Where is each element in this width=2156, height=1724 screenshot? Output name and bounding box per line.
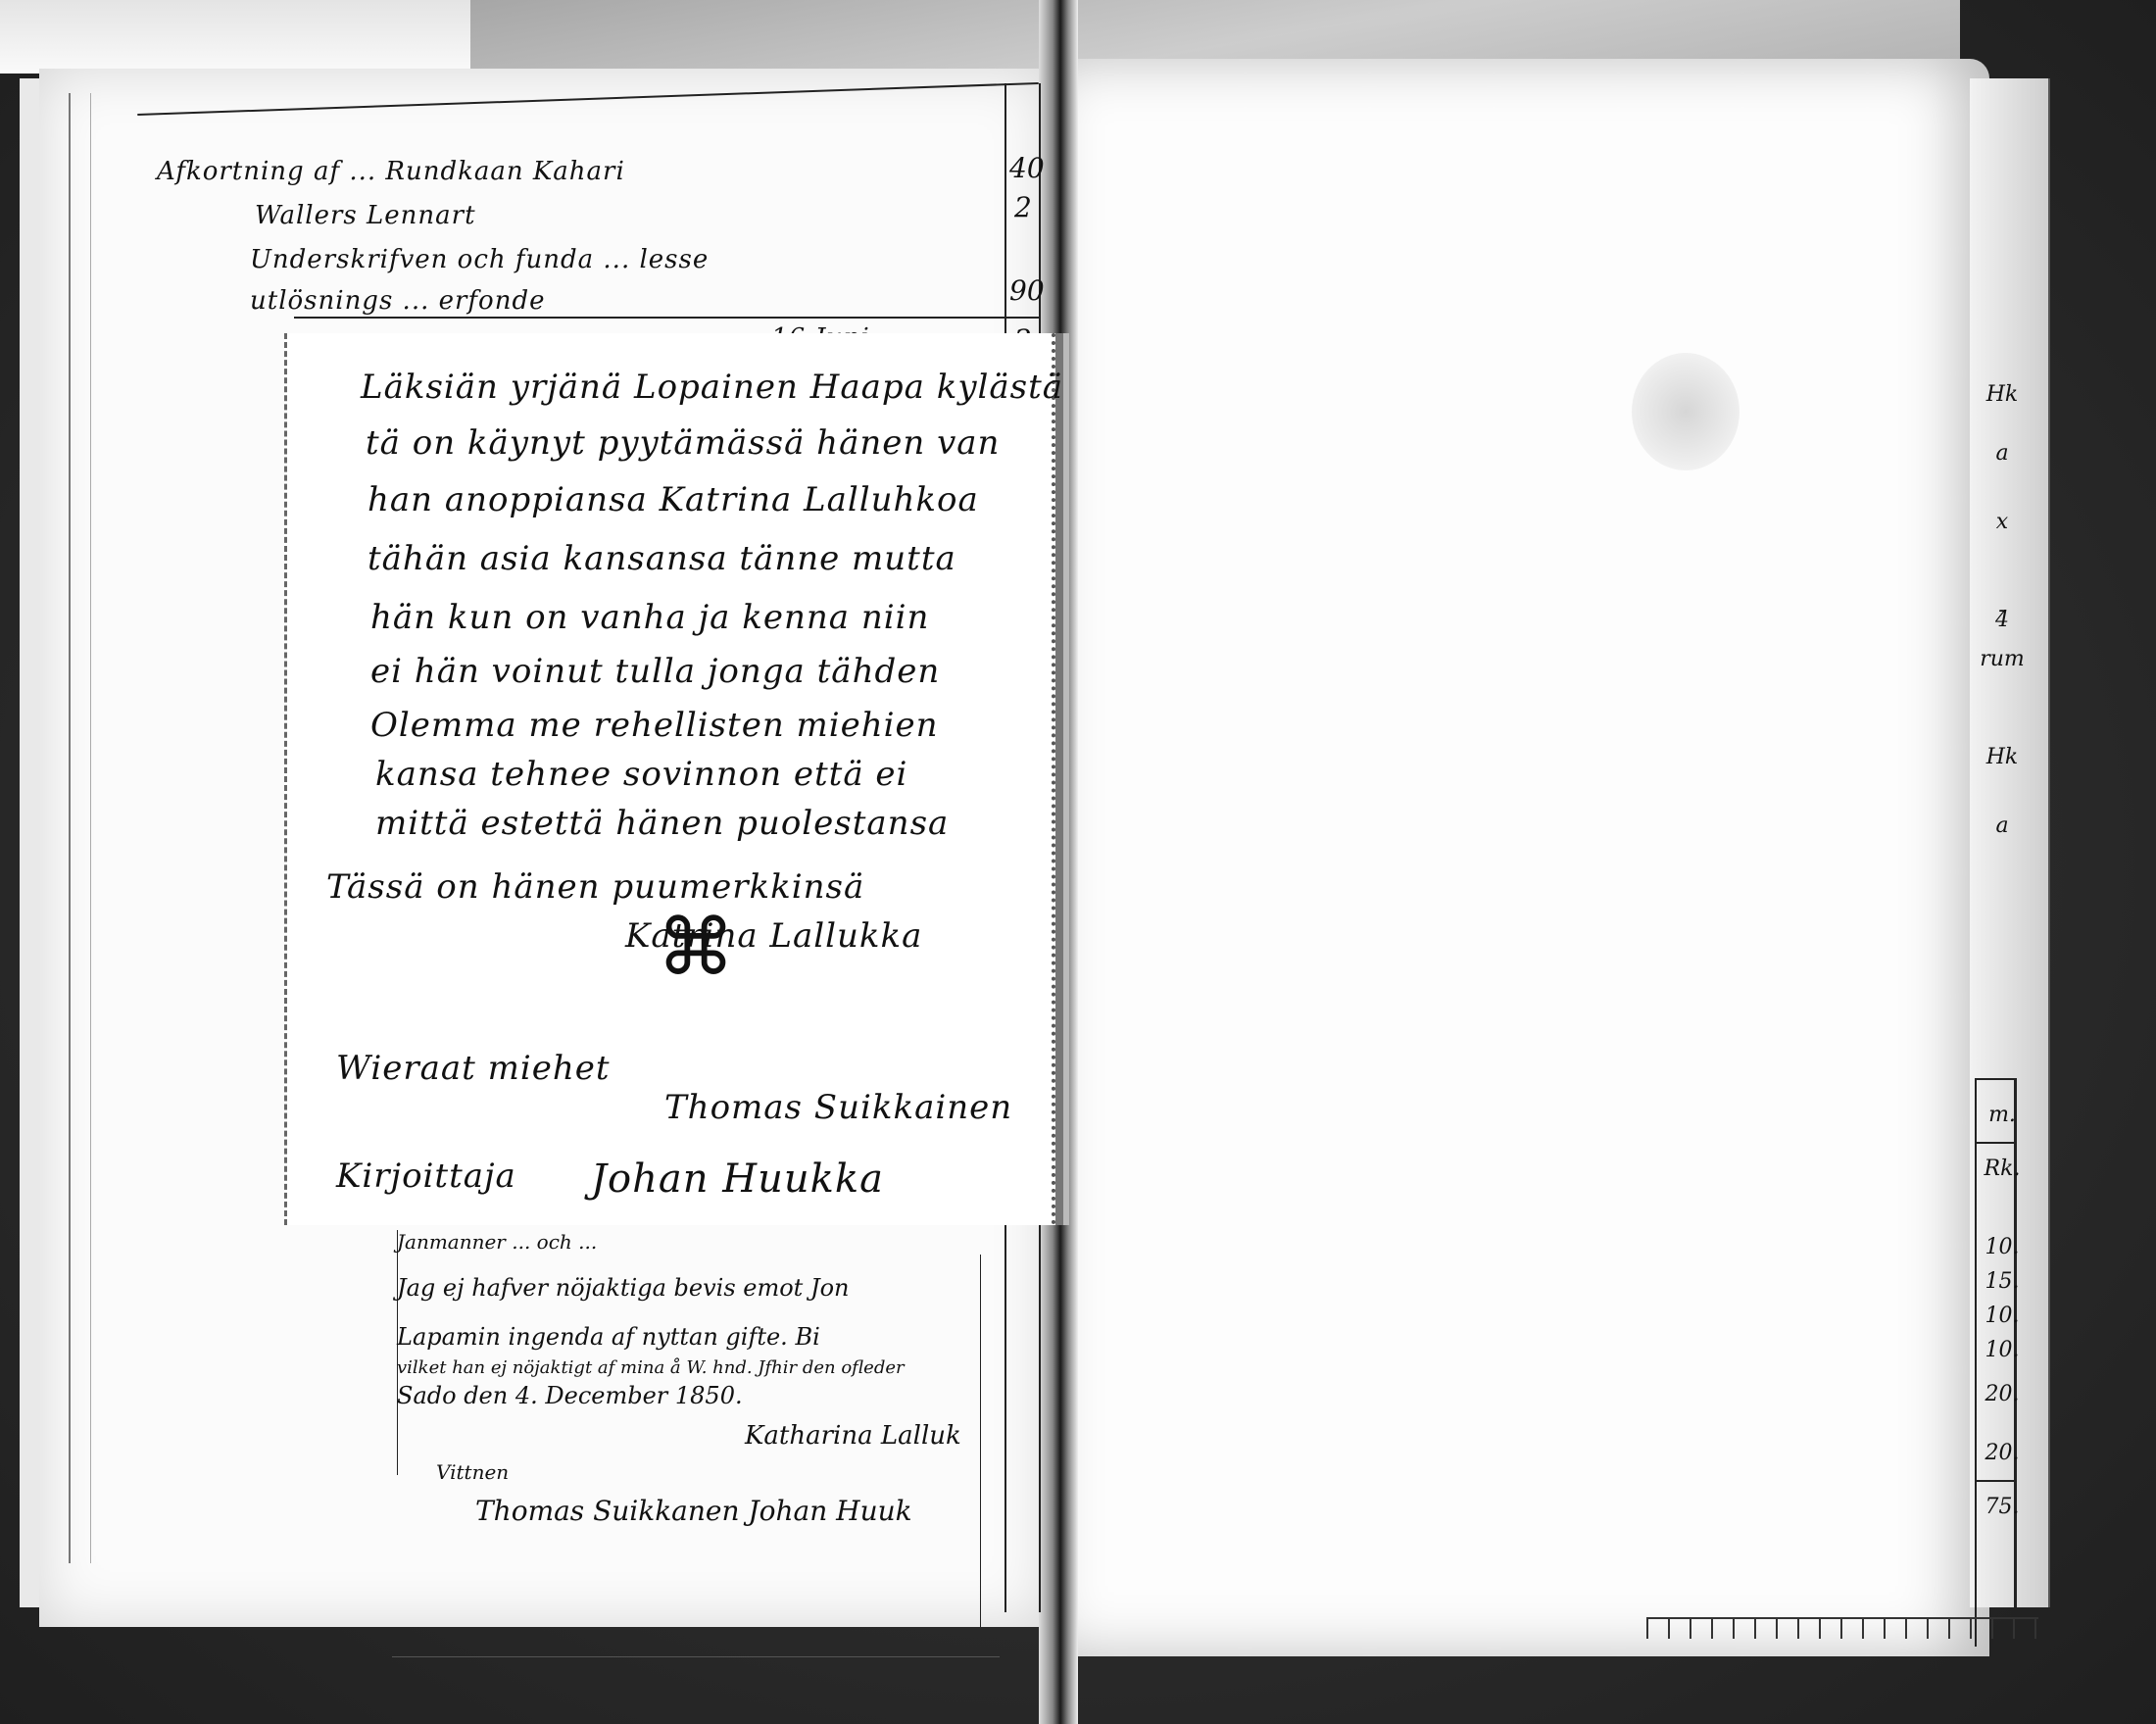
receipt-signer: Katharina Lalluk <box>745 1421 961 1451</box>
right-fragment-3: x <box>1978 510 2027 534</box>
ledger-row-1-amount: 40 <box>1009 152 1045 184</box>
scribe-label: Kirjoittaja <box>336 1157 516 1196</box>
right-number-4: 10. <box>1978 1338 2027 1362</box>
receipt-witnesses: Thomas Suikkanen Johan Huuk <box>475 1495 912 1527</box>
right-number-2: 15. <box>1978 1269 2027 1294</box>
right-number-3: 10. <box>1978 1304 2027 1328</box>
signature-intro: Tässä on hänen puumerkkinsä <box>326 867 864 907</box>
right-column-rule-left <box>1975 1078 1977 1647</box>
receipt-line-4: vilket han ej nöjaktigt af mina å W. hnd… <box>397 1357 905 1378</box>
ledger-row-4-text: utlösnings ... erfonde <box>250 286 546 316</box>
ledger-row-3-text: Underskrifven och funda ... lesse <box>250 245 709 274</box>
receipt-line-1: Janmanner ... och ... <box>397 1230 597 1254</box>
right-number-1: 10. <box>1978 1235 2027 1259</box>
right-fragment-2: a <box>1978 441 2027 466</box>
note-line-2: tä on käynyt pyytämässä hänen van <box>366 423 1000 463</box>
receipt-right-rule <box>980 1255 981 1627</box>
paper-stain <box>1632 353 1739 470</box>
right-column-sum-rule <box>1975 1480 2016 1482</box>
note-line-1: Läksiän yrjänä Lopainen Haapa kylästä <box>361 368 1063 407</box>
right-number-total: 75. <box>1978 1495 2027 1519</box>
note-line-5: hän kun on vanha ja kenna niin <box>370 598 929 637</box>
ledger-row-4-amount: 90 <box>1009 274 1045 307</box>
pasted-note: Läksiän yrjänä Lopainen Haapa kylästä tä… <box>284 333 1055 1225</box>
note-line-4: tähän asia kansansa tänne mutta <box>367 539 956 578</box>
right-fragment-8: a <box>1978 813 2027 838</box>
ledger-row-1-text: Afkortning af ... Rundkaan Kahari <box>157 157 625 186</box>
left-margin-strip <box>69 93 91 1563</box>
house-mark-icon: ⌘ <box>657 902 735 993</box>
receipt-witness-label: Vittnen <box>436 1460 509 1484</box>
bottom-ruler <box>1646 1617 2038 1639</box>
right-fragment-1: Hk <box>1978 382 2027 407</box>
witness-name: Thomas Suikkainen <box>664 1088 1012 1127</box>
note-line-9: mittä estettä hänen puolestansa <box>375 804 949 843</box>
right-fragment-10: Rk. <box>1978 1157 2027 1181</box>
right-fragment-7: Hk <box>1978 745 2027 769</box>
right-column-mid-rule <box>1975 1142 2016 1144</box>
top-left-shade <box>0 0 470 74</box>
note-line-6: ei hän voinut tulla jonga tähden <box>370 652 940 691</box>
witnesses-label: Wieraat miehet <box>336 1049 611 1088</box>
note-line-7: Olemma me rehellisten miehien <box>370 706 939 745</box>
scribe-name: Johan Huukka <box>591 1157 884 1202</box>
right-column-top-rule <box>1975 1078 2016 1080</box>
right-number-5: 20. <box>1978 1382 2027 1406</box>
ledger-row-2-text: Wallers Lennart <box>255 201 476 230</box>
right-page-edge <box>1970 78 2050 1607</box>
right-fragment-9: m. <box>1978 1103 2027 1127</box>
right-fragment-6: 4 <box>1978 608 2027 632</box>
left-bottom-rule <box>392 1656 1000 1657</box>
receipt-line-3: Lapamin ingenda af nyttan gifte. Bi <box>397 1323 820 1351</box>
note-line-3: han anoppiansa Katrina Lalluhkoa <box>367 480 979 519</box>
right-page <box>1073 59 1989 1656</box>
right-number-6: 20. <box>1978 1441 2027 1465</box>
ledger-row-rule <box>294 317 1039 319</box>
ledger-row-2-amount: 2 <box>1014 191 1032 223</box>
note-line-8: kansa tehnee sovinnon että ei <box>375 755 907 794</box>
receipt-margin-rule <box>397 1230 398 1475</box>
receipt-line-2: Jag ej hafver nöjaktiga bevis emot Jon <box>397 1274 849 1302</box>
right-fragment-5: rum <box>1978 647 2027 671</box>
receipt-date: Sado den 4. December 1850. <box>397 1382 743 1409</box>
